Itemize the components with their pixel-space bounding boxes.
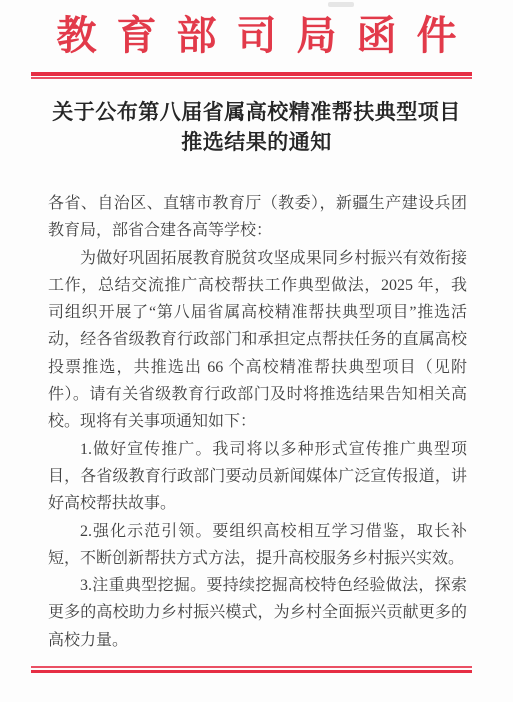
paragraph-overview: 为做好巩固拓展教育脱贫攻坚成果同乡村振兴有效衔接工作，总结交流推广高校帮扶工作典… — [48, 245, 467, 436]
paragraph-item-2: 2.强化示范引领。要组织高校相互学习借鉴，取长补短，不断创新帮扶方式方法，提升高… — [48, 518, 467, 573]
salutation-paragraph: 各省、自治区、直辖市教育厅（教委），新疆生产建设兵团教育局，部省合建各高等学校： — [48, 190, 467, 245]
divider-thin-line — [31, 77, 472, 79]
notice-body: 各省、自治区、直辖市教育厅（教委），新疆生产建设兵团教育局，部省合建各高等学校：… — [48, 190, 467, 654]
paragraph-item-3: 3.注重典型挖掘。要持续挖掘高校特色经验做法，探索更多的高校助力乡村振兴模式，为… — [48, 572, 467, 654]
notice-title: 关于公布第八届省属高校精准帮扶典型项目 推选结果的通知 — [0, 97, 513, 157]
divider-thick-line — [31, 72, 472, 76]
notice-title-line1: 关于公布第八届省属高校精准帮扶典型项目 — [0, 97, 513, 127]
notice-title-line2: 推选结果的通知 — [0, 127, 513, 157]
divider-thin-line — [31, 666, 472, 668]
paragraph-item-1: 1.做好宣传推广。我司将以多种形式宣传推广典型项目，各省级教育行政部门要动员新闻… — [48, 436, 467, 518]
header-divider — [31, 72, 472, 79]
divider-thick-line — [31, 670, 472, 674]
scan-artifact-smudge — [328, 2, 354, 7]
footer-divider — [31, 666, 472, 673]
letterhead-title: 教育部司局函件 — [0, 14, 513, 58]
document-page: 教育部司局函件 关于公布第八届省属高校精准帮扶典型项目 推选结果的通知 各省、自… — [0, 0, 513, 702]
